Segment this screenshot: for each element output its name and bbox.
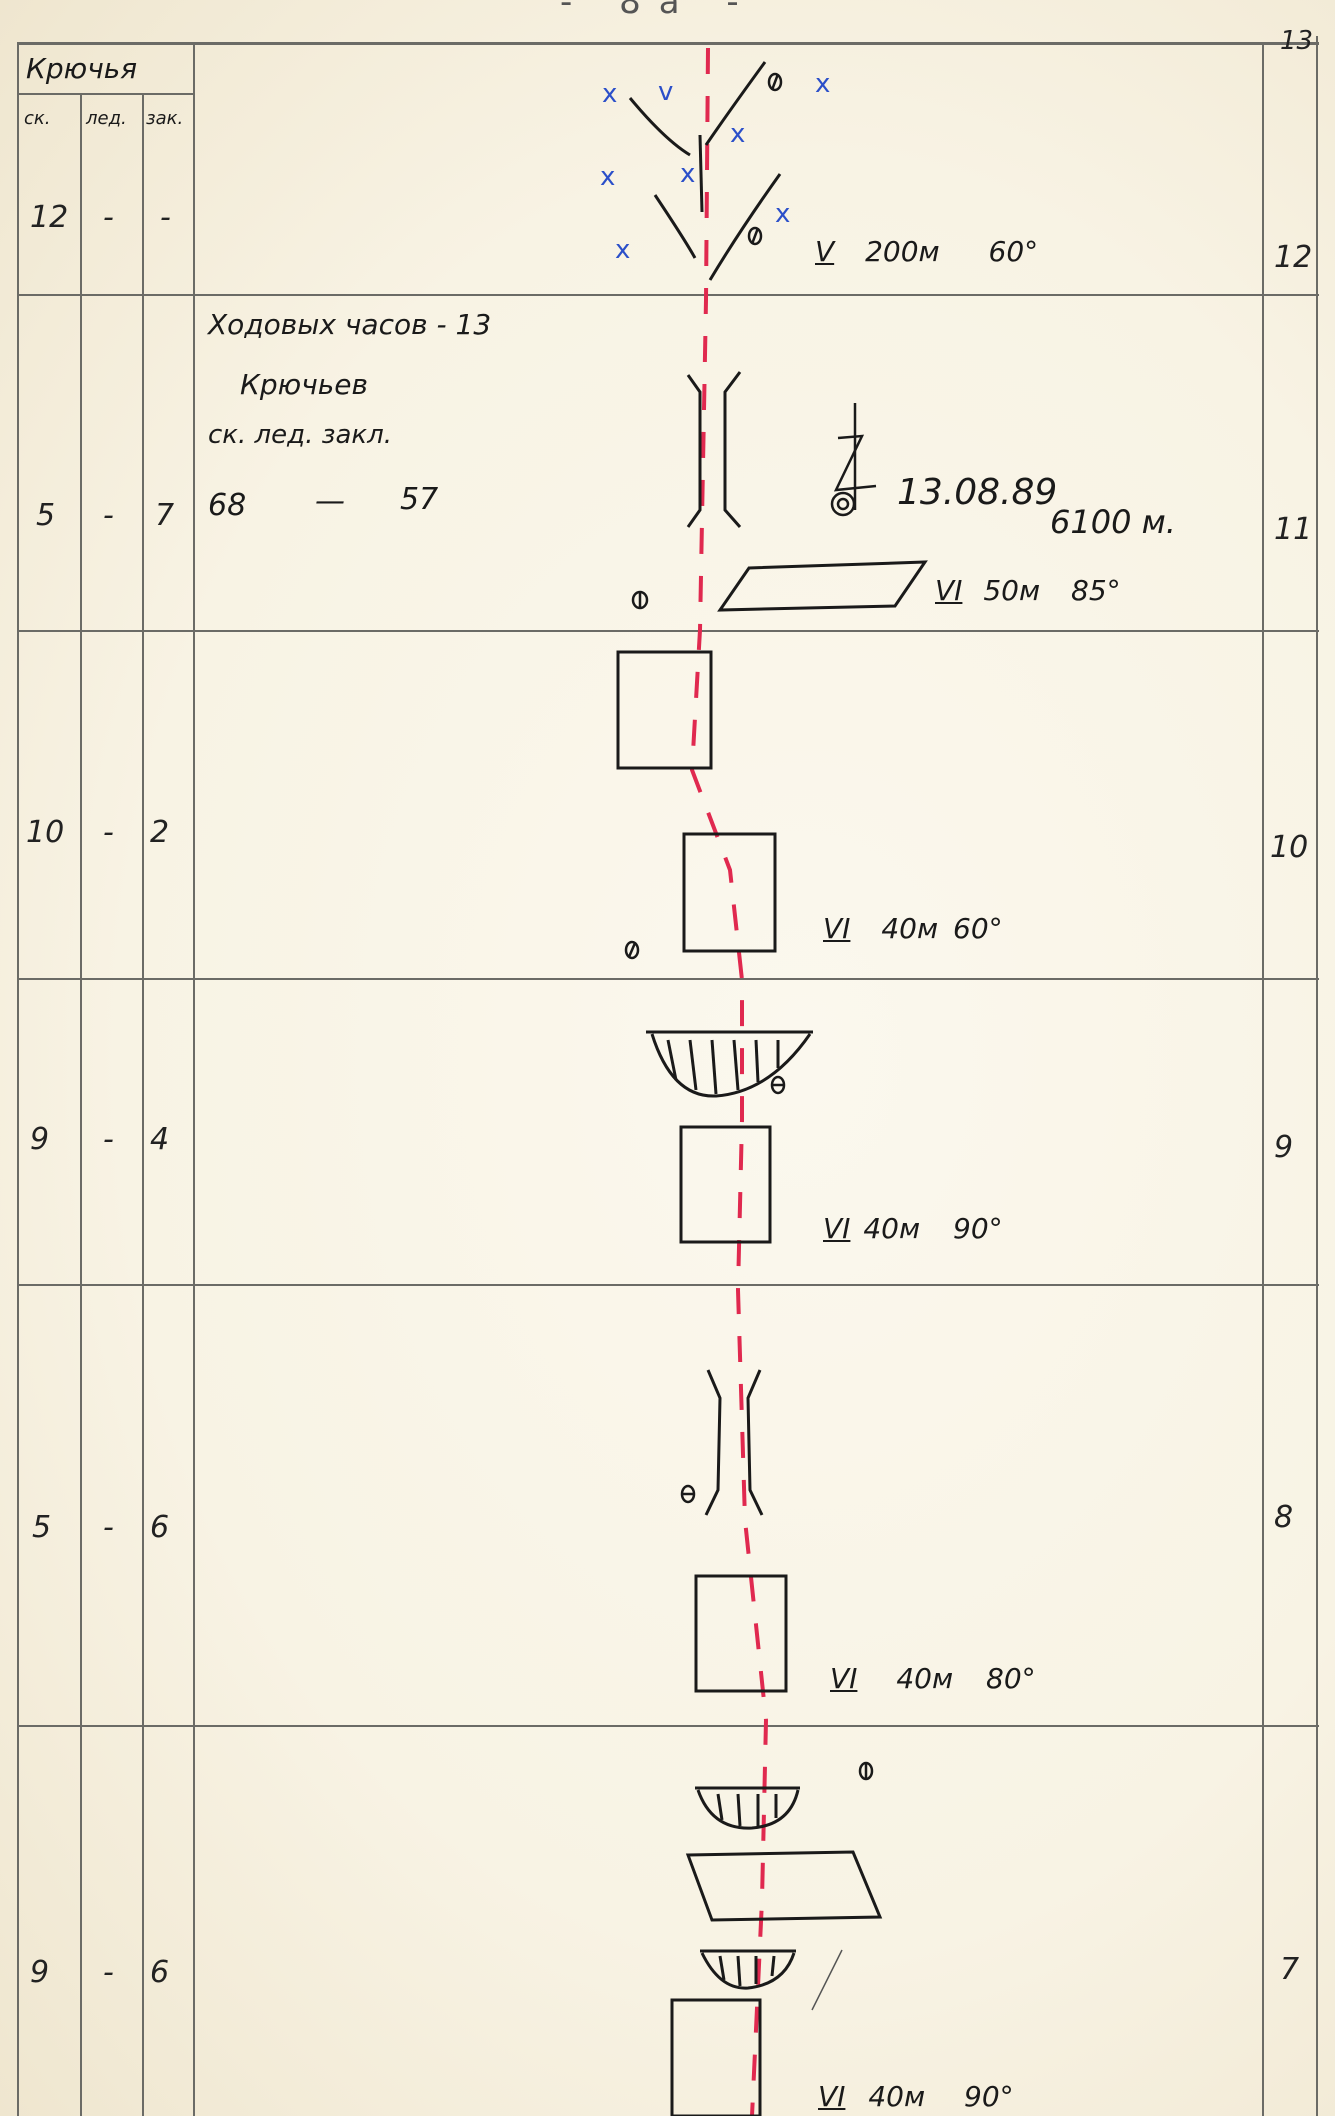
svg-text:x: x xyxy=(600,162,615,192)
svg-text:x: x xyxy=(775,199,790,229)
route-topo-drawing: x v x x x x x x xyxy=(0,0,1335,2116)
overhang-icon xyxy=(646,1032,813,1096)
loose-rock-icon xyxy=(633,592,647,608)
loose-rock-icon xyxy=(682,1486,694,1502)
svg-text:x: x xyxy=(815,69,830,99)
summit-cairn-icon xyxy=(832,493,854,515)
snow-marks: x v x x x x x x xyxy=(600,69,830,265)
slab-icon xyxy=(688,1852,880,1920)
wall-block-icon xyxy=(696,1576,786,1691)
loose-rock-icon xyxy=(626,942,638,958)
chimney-icon xyxy=(706,1370,762,1515)
wall-block-icon xyxy=(684,834,775,951)
loose-rock-icon xyxy=(772,1077,784,1093)
wall-block-icon xyxy=(618,652,711,768)
svg-text:x: x xyxy=(680,159,695,189)
svg-text:x: x xyxy=(730,119,745,149)
topo-sheet: - 8a - Крючья ск. лед. зак. 12 - - 13 12… xyxy=(0,0,1335,2116)
route-line xyxy=(692,48,766,2116)
slab-icon xyxy=(720,562,925,610)
overhang-icon xyxy=(700,1951,796,1988)
wall-block-icon xyxy=(672,2000,760,2116)
wall-block-icon xyxy=(681,1127,770,1242)
loose-rock-icon xyxy=(860,1763,872,1779)
svg-text:v: v xyxy=(658,77,673,107)
overhang-icon xyxy=(695,1788,800,1828)
chimney-icon xyxy=(688,372,740,527)
svg-text:x: x xyxy=(602,79,617,109)
svg-text:x: x xyxy=(615,235,630,265)
